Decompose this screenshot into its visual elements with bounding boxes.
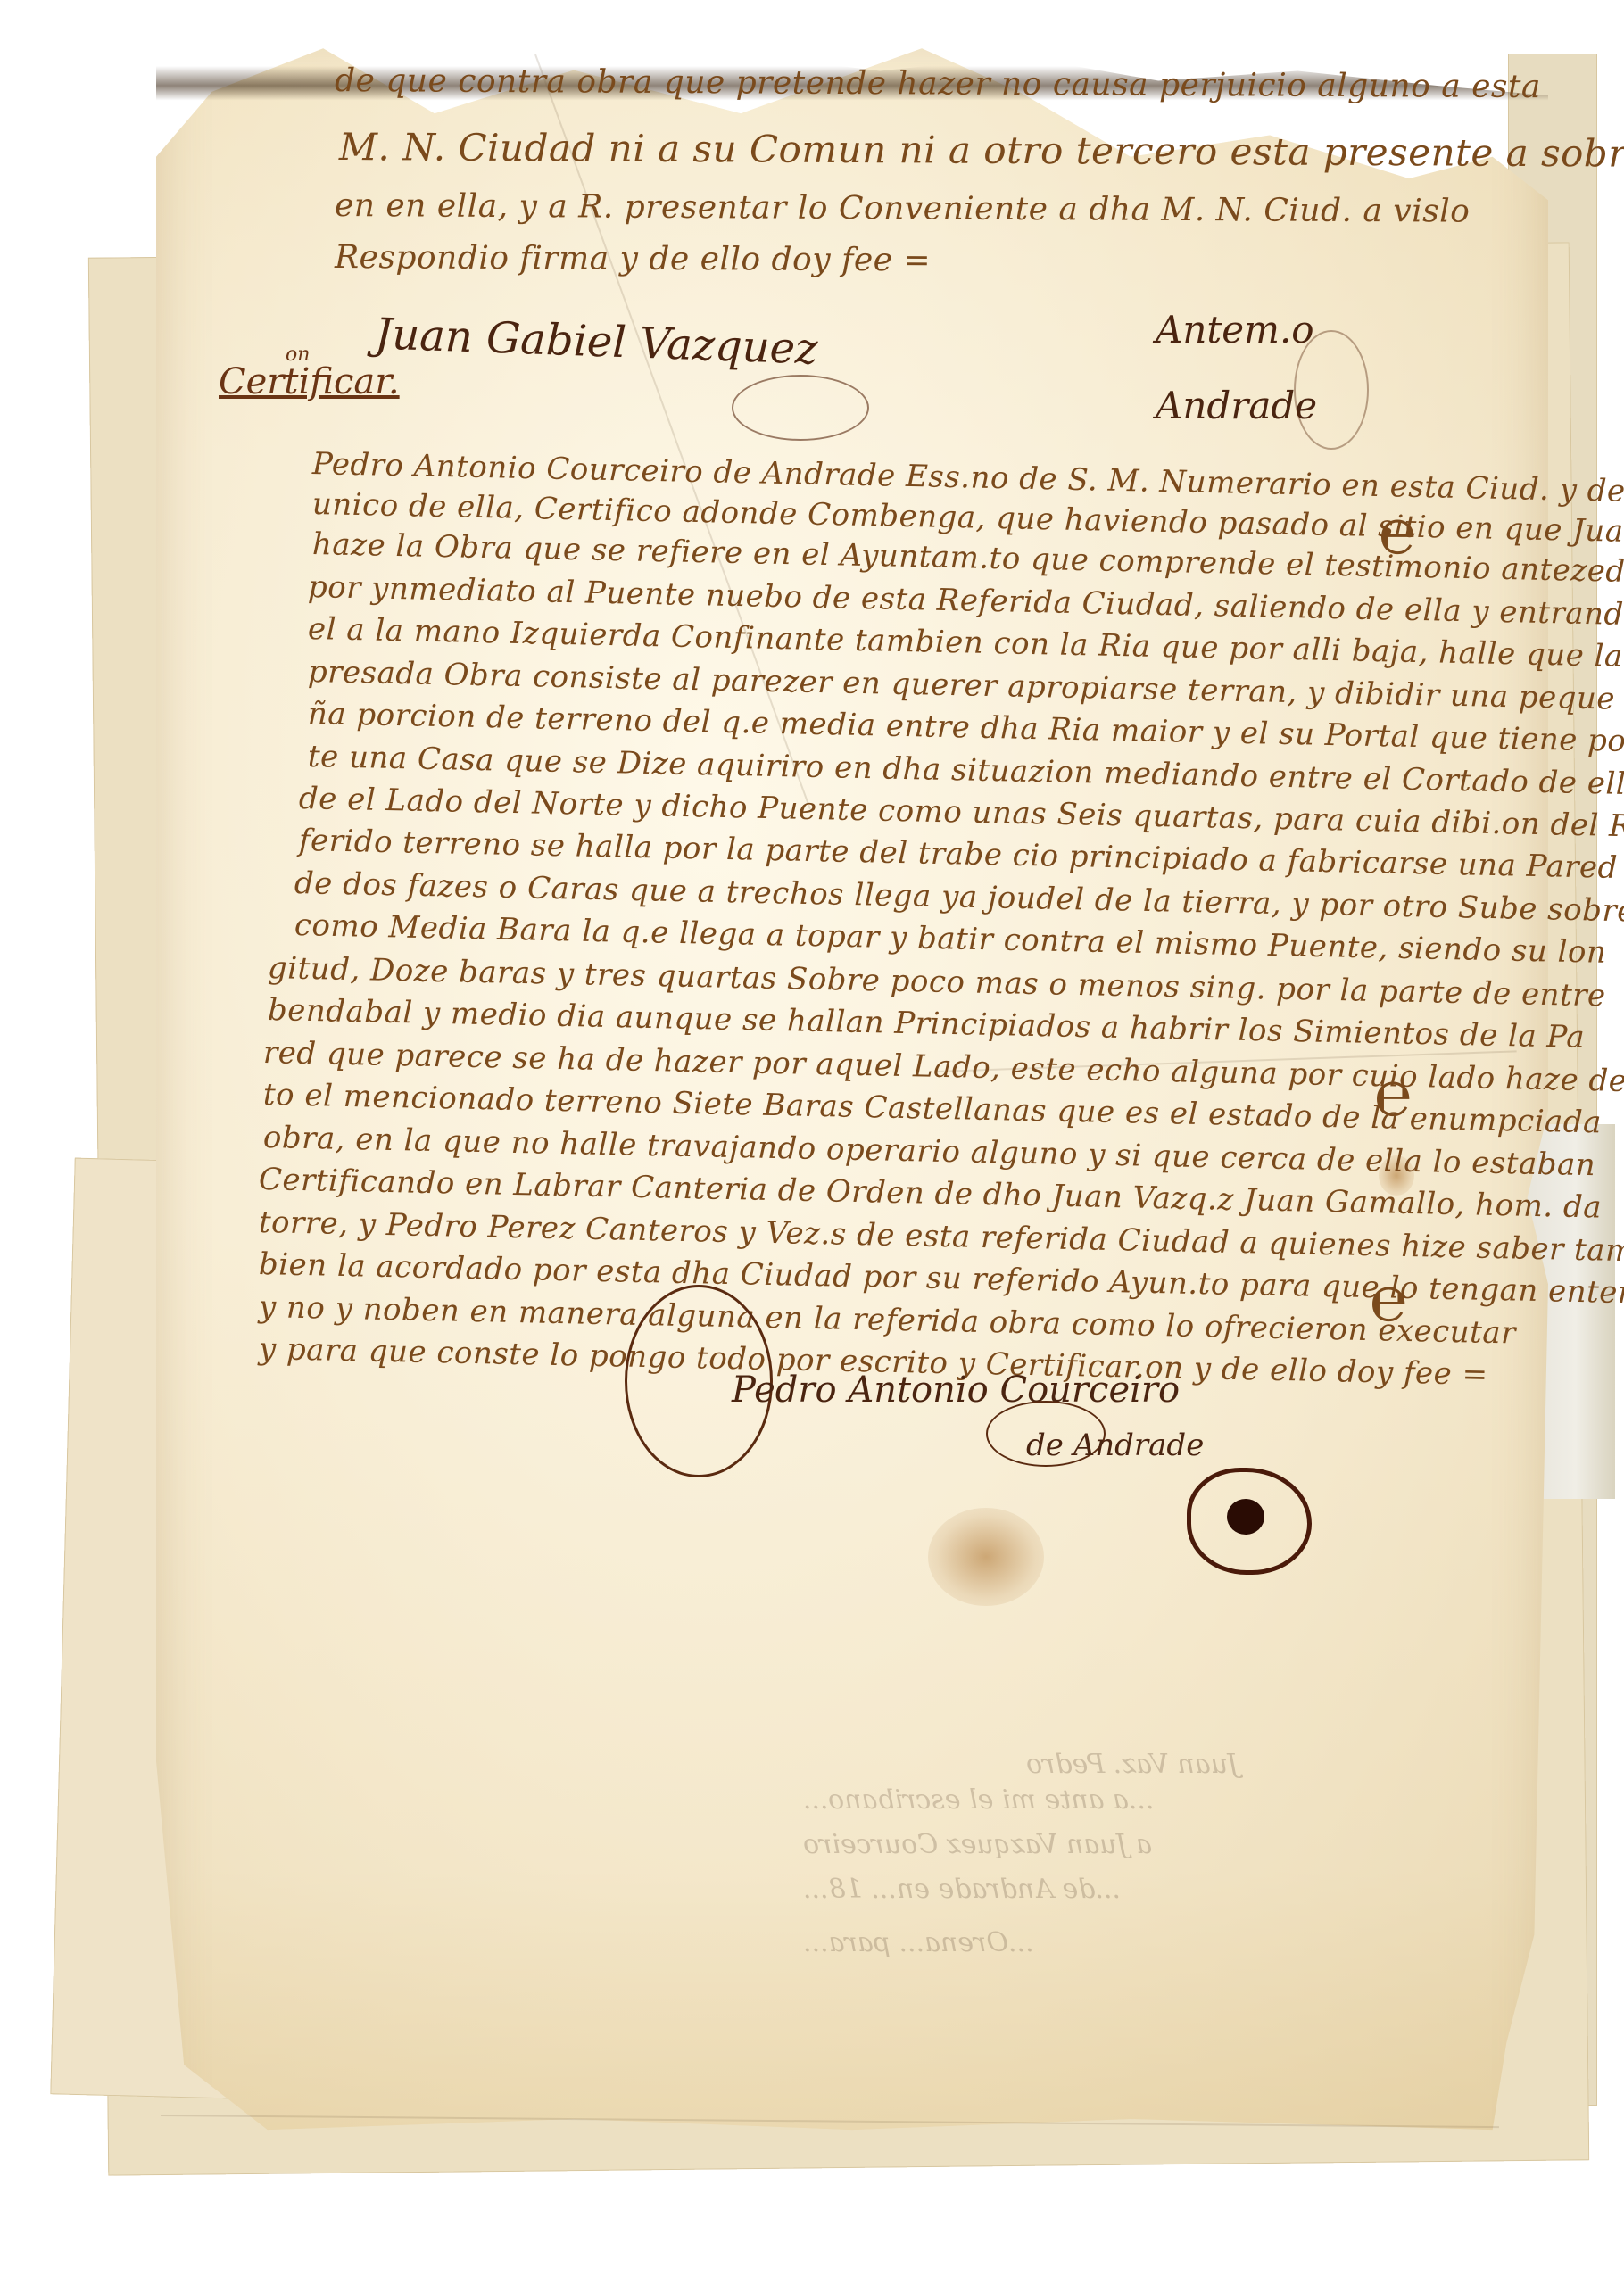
bleed-through-text: a Juan Vazquez Courceiro xyxy=(803,1829,1152,1860)
signature-rubric xyxy=(1294,330,1369,450)
ink-stain xyxy=(928,1508,1044,1606)
text-line: en en ella, y a R. presentar lo Convenie… xyxy=(335,187,1471,230)
text-line: Respondio firma y de ello doy fee = xyxy=(335,239,931,278)
signature-pedro-antonio-courceiro: Pedro Antonio Courceiro xyxy=(732,1370,1180,1411)
signature-andrade: Andrade xyxy=(1156,384,1317,427)
text-line: M. N. Ciudad ni a su Comun ni a otro ter… xyxy=(339,125,1624,176)
text-line: de que contra obra que pretende hazer no… xyxy=(335,62,1541,105)
signature-antemi: Antem.o xyxy=(1156,308,1314,352)
signature-rubric xyxy=(732,375,869,441)
line-flourish: ℮ xyxy=(1370,1262,1407,1337)
bleed-through-text: ...a ante mi el escribano... xyxy=(803,1784,1155,1816)
bleed-through-text: Juan Vaz. Pedro xyxy=(1026,1749,1239,1780)
margin-note-certificar: Certificar. xyxy=(219,361,400,402)
ink-seal-blot xyxy=(1187,1468,1312,1575)
bleed-through-text: ...Orena... para... xyxy=(803,1927,1034,1958)
signature-de-andrade: de Andrade xyxy=(1026,1428,1204,1463)
line-flourish: ℮ xyxy=(1374,1057,1412,1131)
line-flourish: ℮ xyxy=(1379,495,1416,569)
bleed-through-text: ...de Andrade en... 18... xyxy=(803,1874,1121,1905)
